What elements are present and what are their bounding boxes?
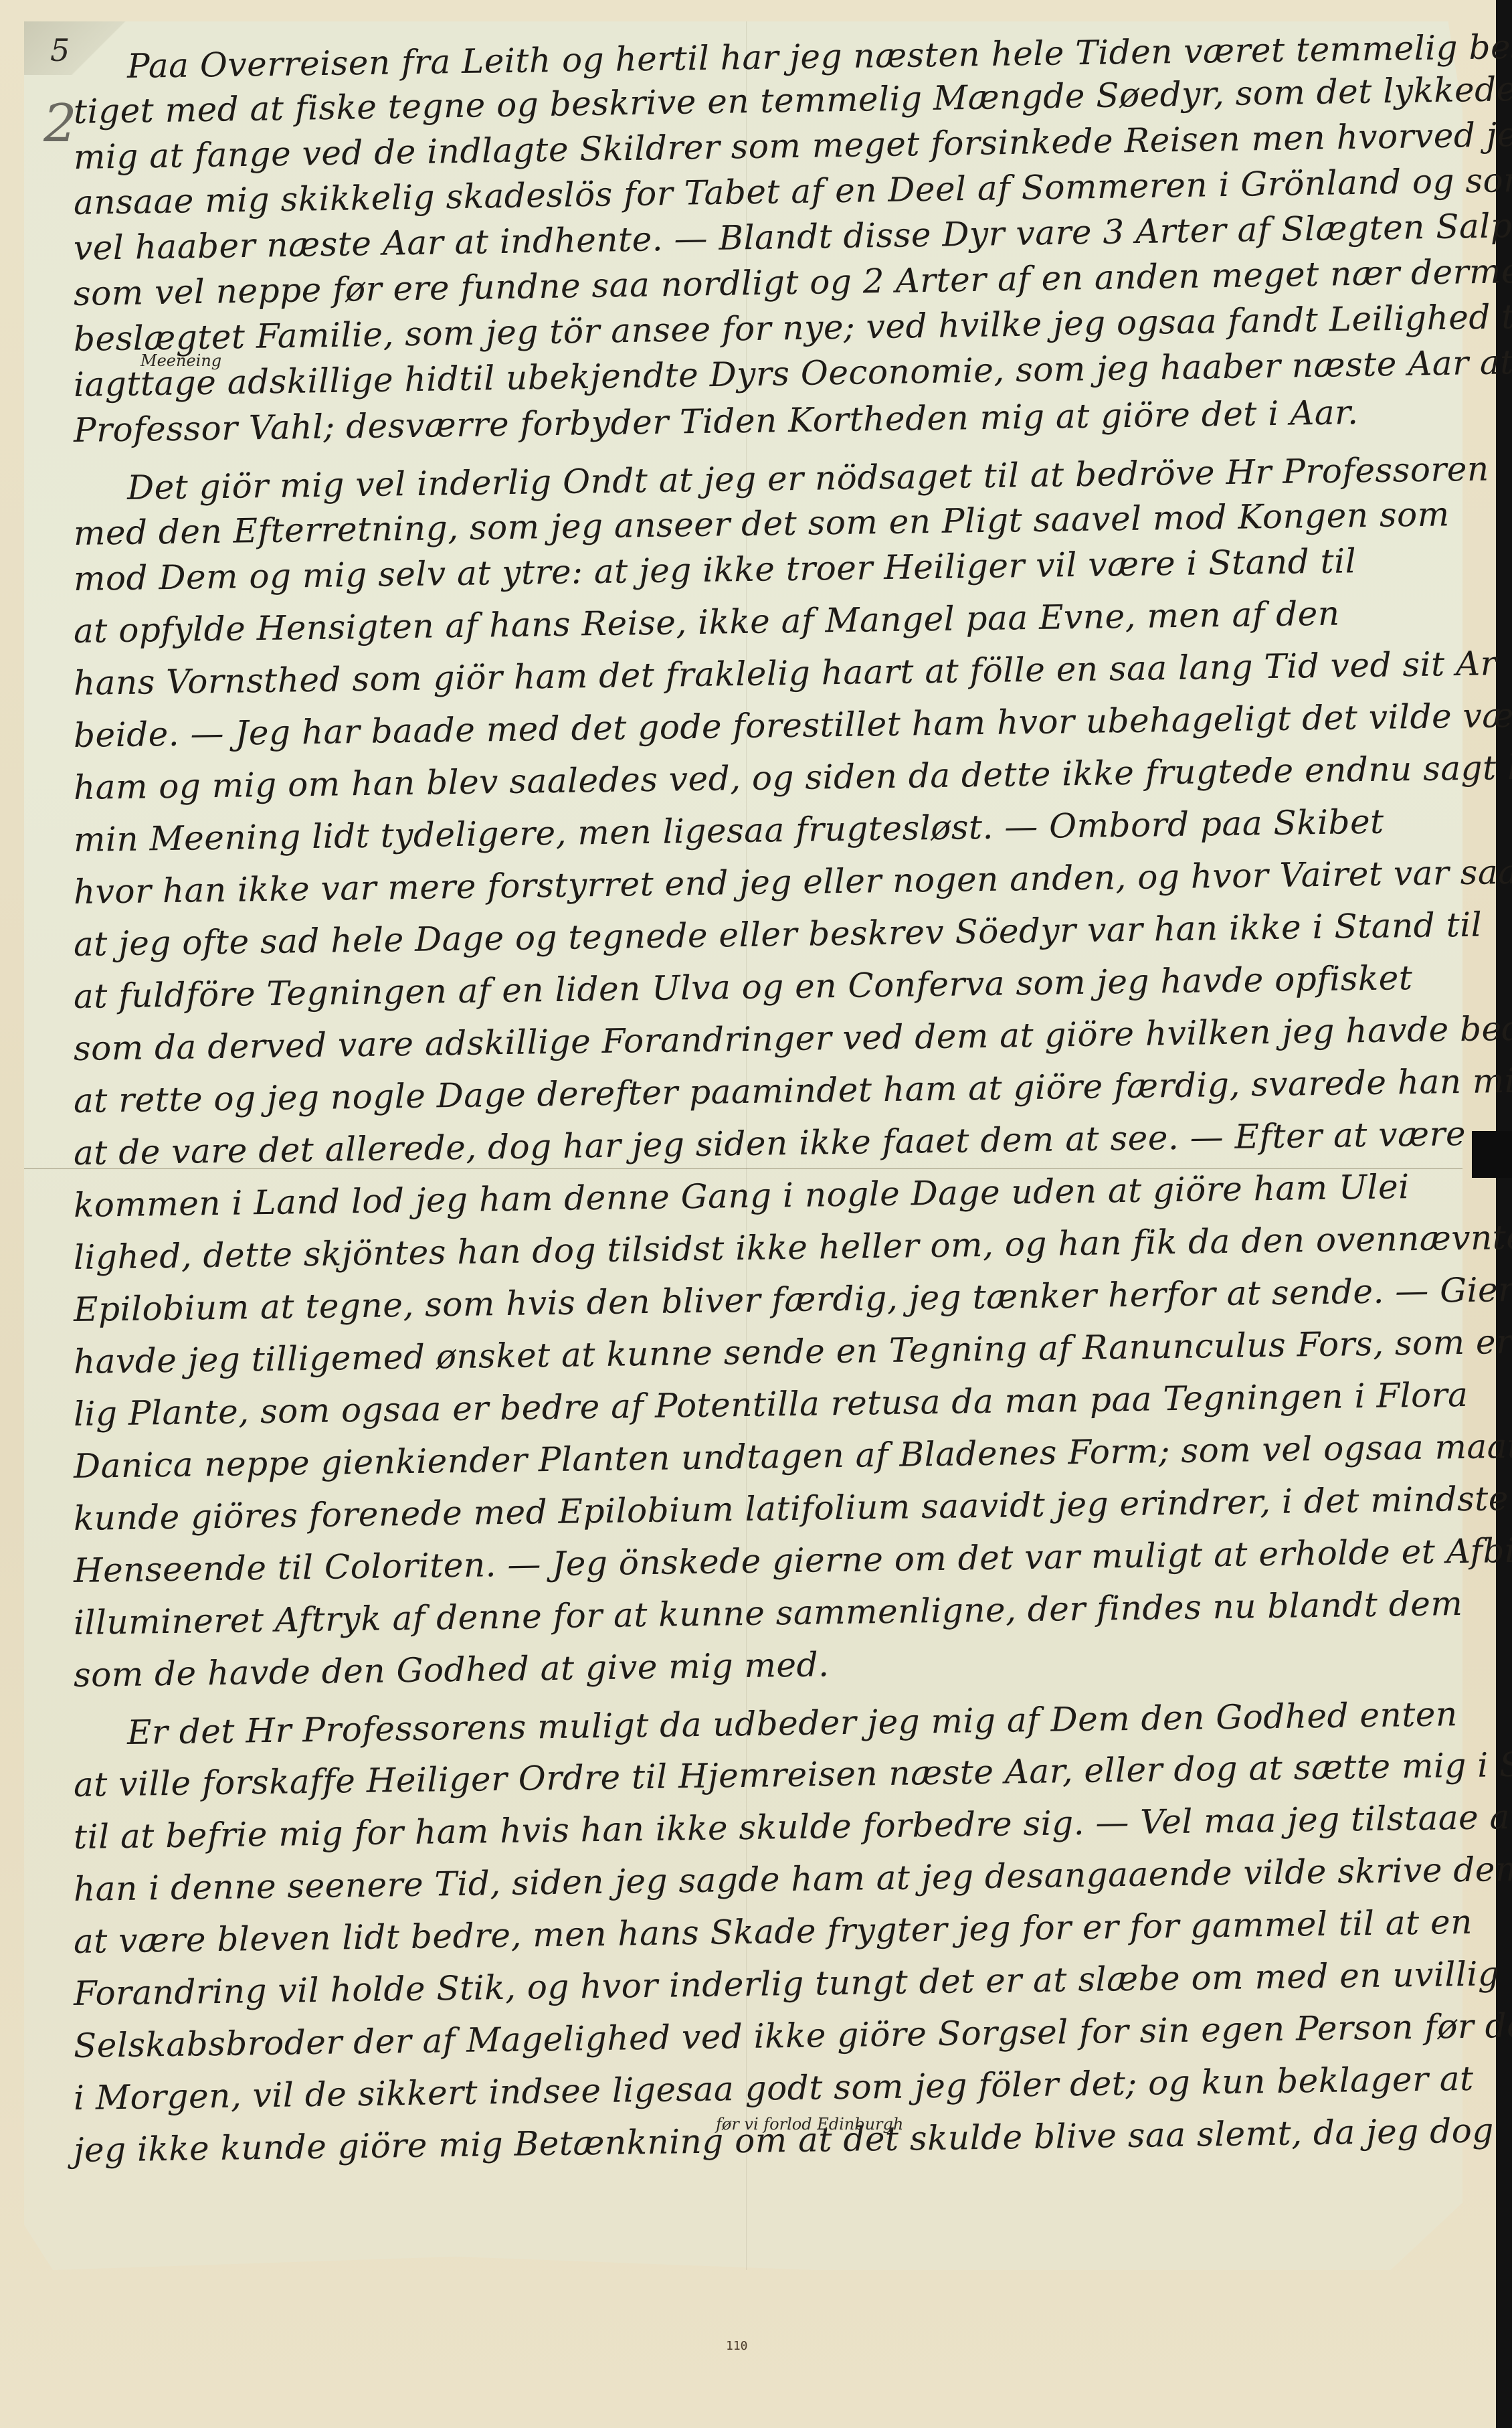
bottom-pencil-mark: 110 [726, 2339, 748, 2353]
corner-fold [24, 21, 138, 75]
binding-tab [1472, 1131, 1512, 1178]
archive-number: 2 [43, 94, 77, 154]
folio-number: 5 [50, 32, 70, 68]
